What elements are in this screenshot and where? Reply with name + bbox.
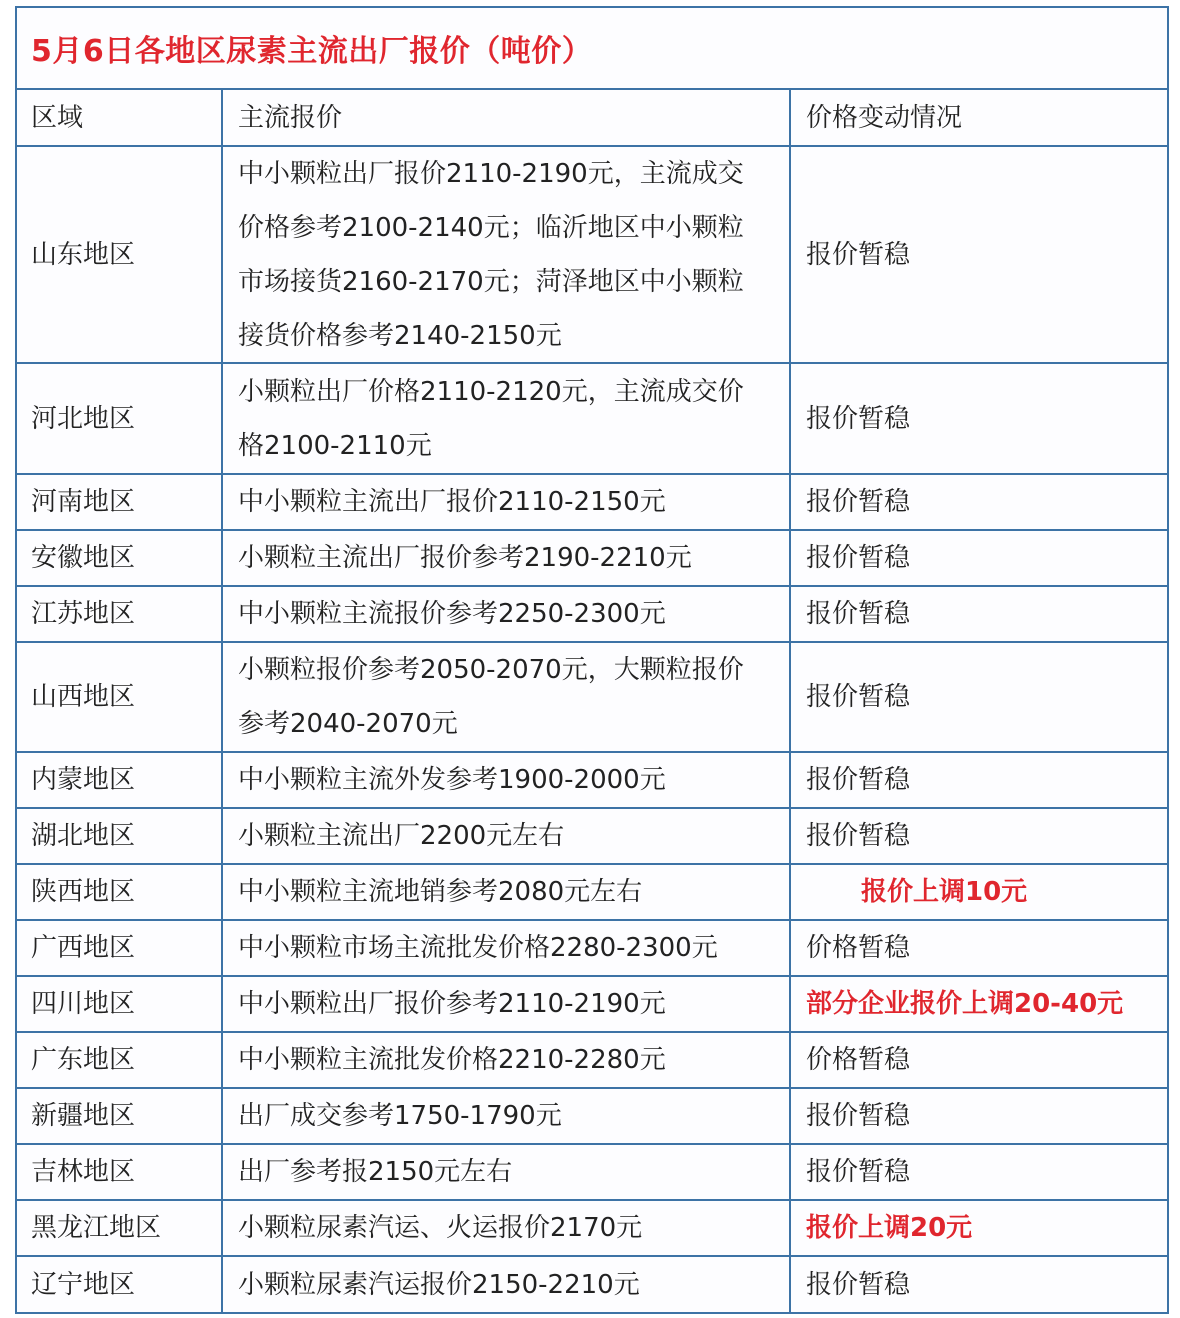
price-change-cell: 报价暂稳	[791, 1257, 1167, 1312]
region-cell: 山东地区	[17, 147, 223, 362]
price-line: 接货价格参考2140-2150元	[238, 309, 744, 363]
region-cell: 吉林地区	[17, 1145, 223, 1199]
price-change-cell: 价格暂稳	[791, 1033, 1167, 1087]
price-change-cell: 报价暂稳	[791, 809, 1167, 863]
header-price: 主流报价	[223, 90, 791, 145]
table-title-row: 5月6日各地区尿素主流出厂报价（吨价）	[17, 8, 1167, 90]
price-cell: 小颗粒出厂价格2110-2120元，主流成交价格2100-2110元	[223, 364, 791, 473]
header-region: 区域	[17, 90, 223, 145]
table-row: 广东地区中小颗粒主流批发价格2210-2280元价格暂稳	[17, 1033, 1167, 1089]
region-cell: 四川地区	[17, 977, 223, 1031]
price-change-highlight: 部分企业报价上调20-40元	[791, 977, 1167, 1031]
price-cell: 中小颗粒主流批发价格2210-2280元	[223, 1033, 791, 1087]
price-cell: 中小颗粒出厂报价2110-2190元，主流成交价格参考2100-2140元；临沂…	[223, 147, 791, 362]
price-cell: 出厂参考报2150元左右	[223, 1145, 791, 1199]
table-row: 江苏地区中小颗粒主流报价参考2250-2300元报价暂稳	[17, 587, 1167, 643]
price-cell: 小颗粒主流出厂2200元左右	[223, 809, 791, 863]
table-row: 辽宁地区小颗粒尿素汽运报价2150-2210元报价暂稳	[17, 1257, 1167, 1312]
price-cell: 小颗粒主流出厂报价参考2190-2210元	[223, 531, 791, 585]
price-line: 小颗粒报价参考2050-2070元，大颗粒报价	[238, 643, 744, 697]
region-cell: 湖北地区	[17, 809, 223, 863]
price-line: 参考2040-2070元	[238, 697, 744, 751]
price-cell: 中小颗粒主流外发参考1900-2000元	[223, 753, 791, 807]
price-cell: 出厂成交参考1750-1790元	[223, 1089, 791, 1143]
region-cell: 新疆地区	[17, 1089, 223, 1143]
price-change-cell: 报价暂稳	[791, 753, 1167, 807]
price-cell: 中小颗粒主流地销参考2080元左右	[223, 865, 791, 919]
price-change-cell: 报价暂稳	[791, 1089, 1167, 1143]
table-row: 新疆地区出厂成交参考1750-1790元报价暂稳	[17, 1089, 1167, 1145]
table-row: 四川地区中小颗粒出厂报价参考2110-2190元部分企业报价上调20-40元	[17, 977, 1167, 1033]
price-change-highlight: 报价上调20元	[791, 1201, 1167, 1255]
price-change-cell: 报价暂稳	[791, 1145, 1167, 1199]
table-row: 山东地区中小颗粒出厂报价2110-2190元，主流成交价格参考2100-2140…	[17, 147, 1167, 364]
region-cell: 河北地区	[17, 364, 223, 473]
table-row: 内蒙地区中小颗粒主流外发参考1900-2000元报价暂稳	[17, 753, 1167, 809]
header-row: 区域 主流报价 价格变动情况	[17, 90, 1167, 147]
price-cell: 小颗粒尿素汽运、火运报价2170元	[223, 1201, 791, 1255]
price-change-cell: 报价暂稳	[791, 147, 1167, 362]
table-row: 河北地区小颗粒出厂价格2110-2120元，主流成交价格2100-2110元报价…	[17, 364, 1167, 475]
price-change-cell: 价格暂稳	[791, 921, 1167, 975]
region-cell: 黑龙江地区	[17, 1201, 223, 1255]
price-cell: 小颗粒报价参考2050-2070元，大颗粒报价参考2040-2070元	[223, 643, 791, 751]
table-row: 陕西地区中小颗粒主流地销参考2080元左右报价上调10元	[17, 865, 1167, 921]
price-change-cell: 报价暂稳	[791, 364, 1167, 473]
price-cell: 中小颗粒主流出厂报价2110-2150元	[223, 475, 791, 529]
region-cell: 河南地区	[17, 475, 223, 529]
price-line: 格2100-2110元	[238, 419, 744, 473]
price-line: 小颗粒出厂价格2110-2120元，主流成交价	[238, 365, 744, 419]
region-cell: 江苏地区	[17, 587, 223, 641]
urea-price-table: 5月6日各地区尿素主流出厂报价（吨价） 区域 主流报价 价格变动情况 山东地区中…	[15, 6, 1169, 1314]
price-change-cell: 报价暂稳	[791, 475, 1167, 529]
price-change-highlight: 报价上调10元	[791, 865, 1167, 919]
table-row: 山西地区小颗粒报价参考2050-2070元，大颗粒报价参考2040-2070元报…	[17, 643, 1167, 753]
price-line: 中小颗粒出厂报价2110-2190元，主流成交	[238, 147, 744, 201]
region-cell: 广东地区	[17, 1033, 223, 1087]
price-cell: 中小颗粒主流报价参考2250-2300元	[223, 587, 791, 641]
region-cell: 辽宁地区	[17, 1257, 223, 1312]
region-cell: 陕西地区	[17, 865, 223, 919]
price-change-cell: 报价暂稳	[791, 531, 1167, 585]
price-line: 价格参考2100-2140元；临沂地区中小颗粒	[238, 201, 744, 255]
table-row: 湖北地区小颗粒主流出厂2200元左右报价暂稳	[17, 809, 1167, 865]
price-cell: 中小颗粒出厂报价参考2110-2190元	[223, 977, 791, 1031]
table-row: 广西地区中小颗粒市场主流批发价格2280-2300元价格暂稳	[17, 921, 1167, 977]
table-title: 5月6日各地区尿素主流出厂报价（吨价）	[31, 26, 592, 70]
table-row: 吉林地区出厂参考报2150元左右报价暂稳	[17, 1145, 1167, 1201]
table-row: 黑龙江地区小颗粒尿素汽运、火运报价2170元报价上调20元	[17, 1201, 1167, 1257]
table-row: 河南地区中小颗粒主流出厂报价2110-2150元报价暂稳	[17, 475, 1167, 531]
header-change: 价格变动情况	[791, 90, 1167, 145]
price-cell: 小颗粒尿素汽运报价2150-2210元	[223, 1257, 791, 1312]
region-cell: 广西地区	[17, 921, 223, 975]
region-cell: 山西地区	[17, 643, 223, 751]
region-cell: 内蒙地区	[17, 753, 223, 807]
price-change-cell: 报价暂稳	[791, 587, 1167, 641]
price-cell: 中小颗粒市场主流批发价格2280-2300元	[223, 921, 791, 975]
price-change-cell: 报价暂稳	[791, 643, 1167, 751]
table-row: 安徽地区小颗粒主流出厂报价参考2190-2210元报价暂稳	[17, 531, 1167, 587]
price-line: 市场接货2160-2170元；菏泽地区中小颗粒	[238, 255, 744, 309]
region-cell: 安徽地区	[17, 531, 223, 585]
